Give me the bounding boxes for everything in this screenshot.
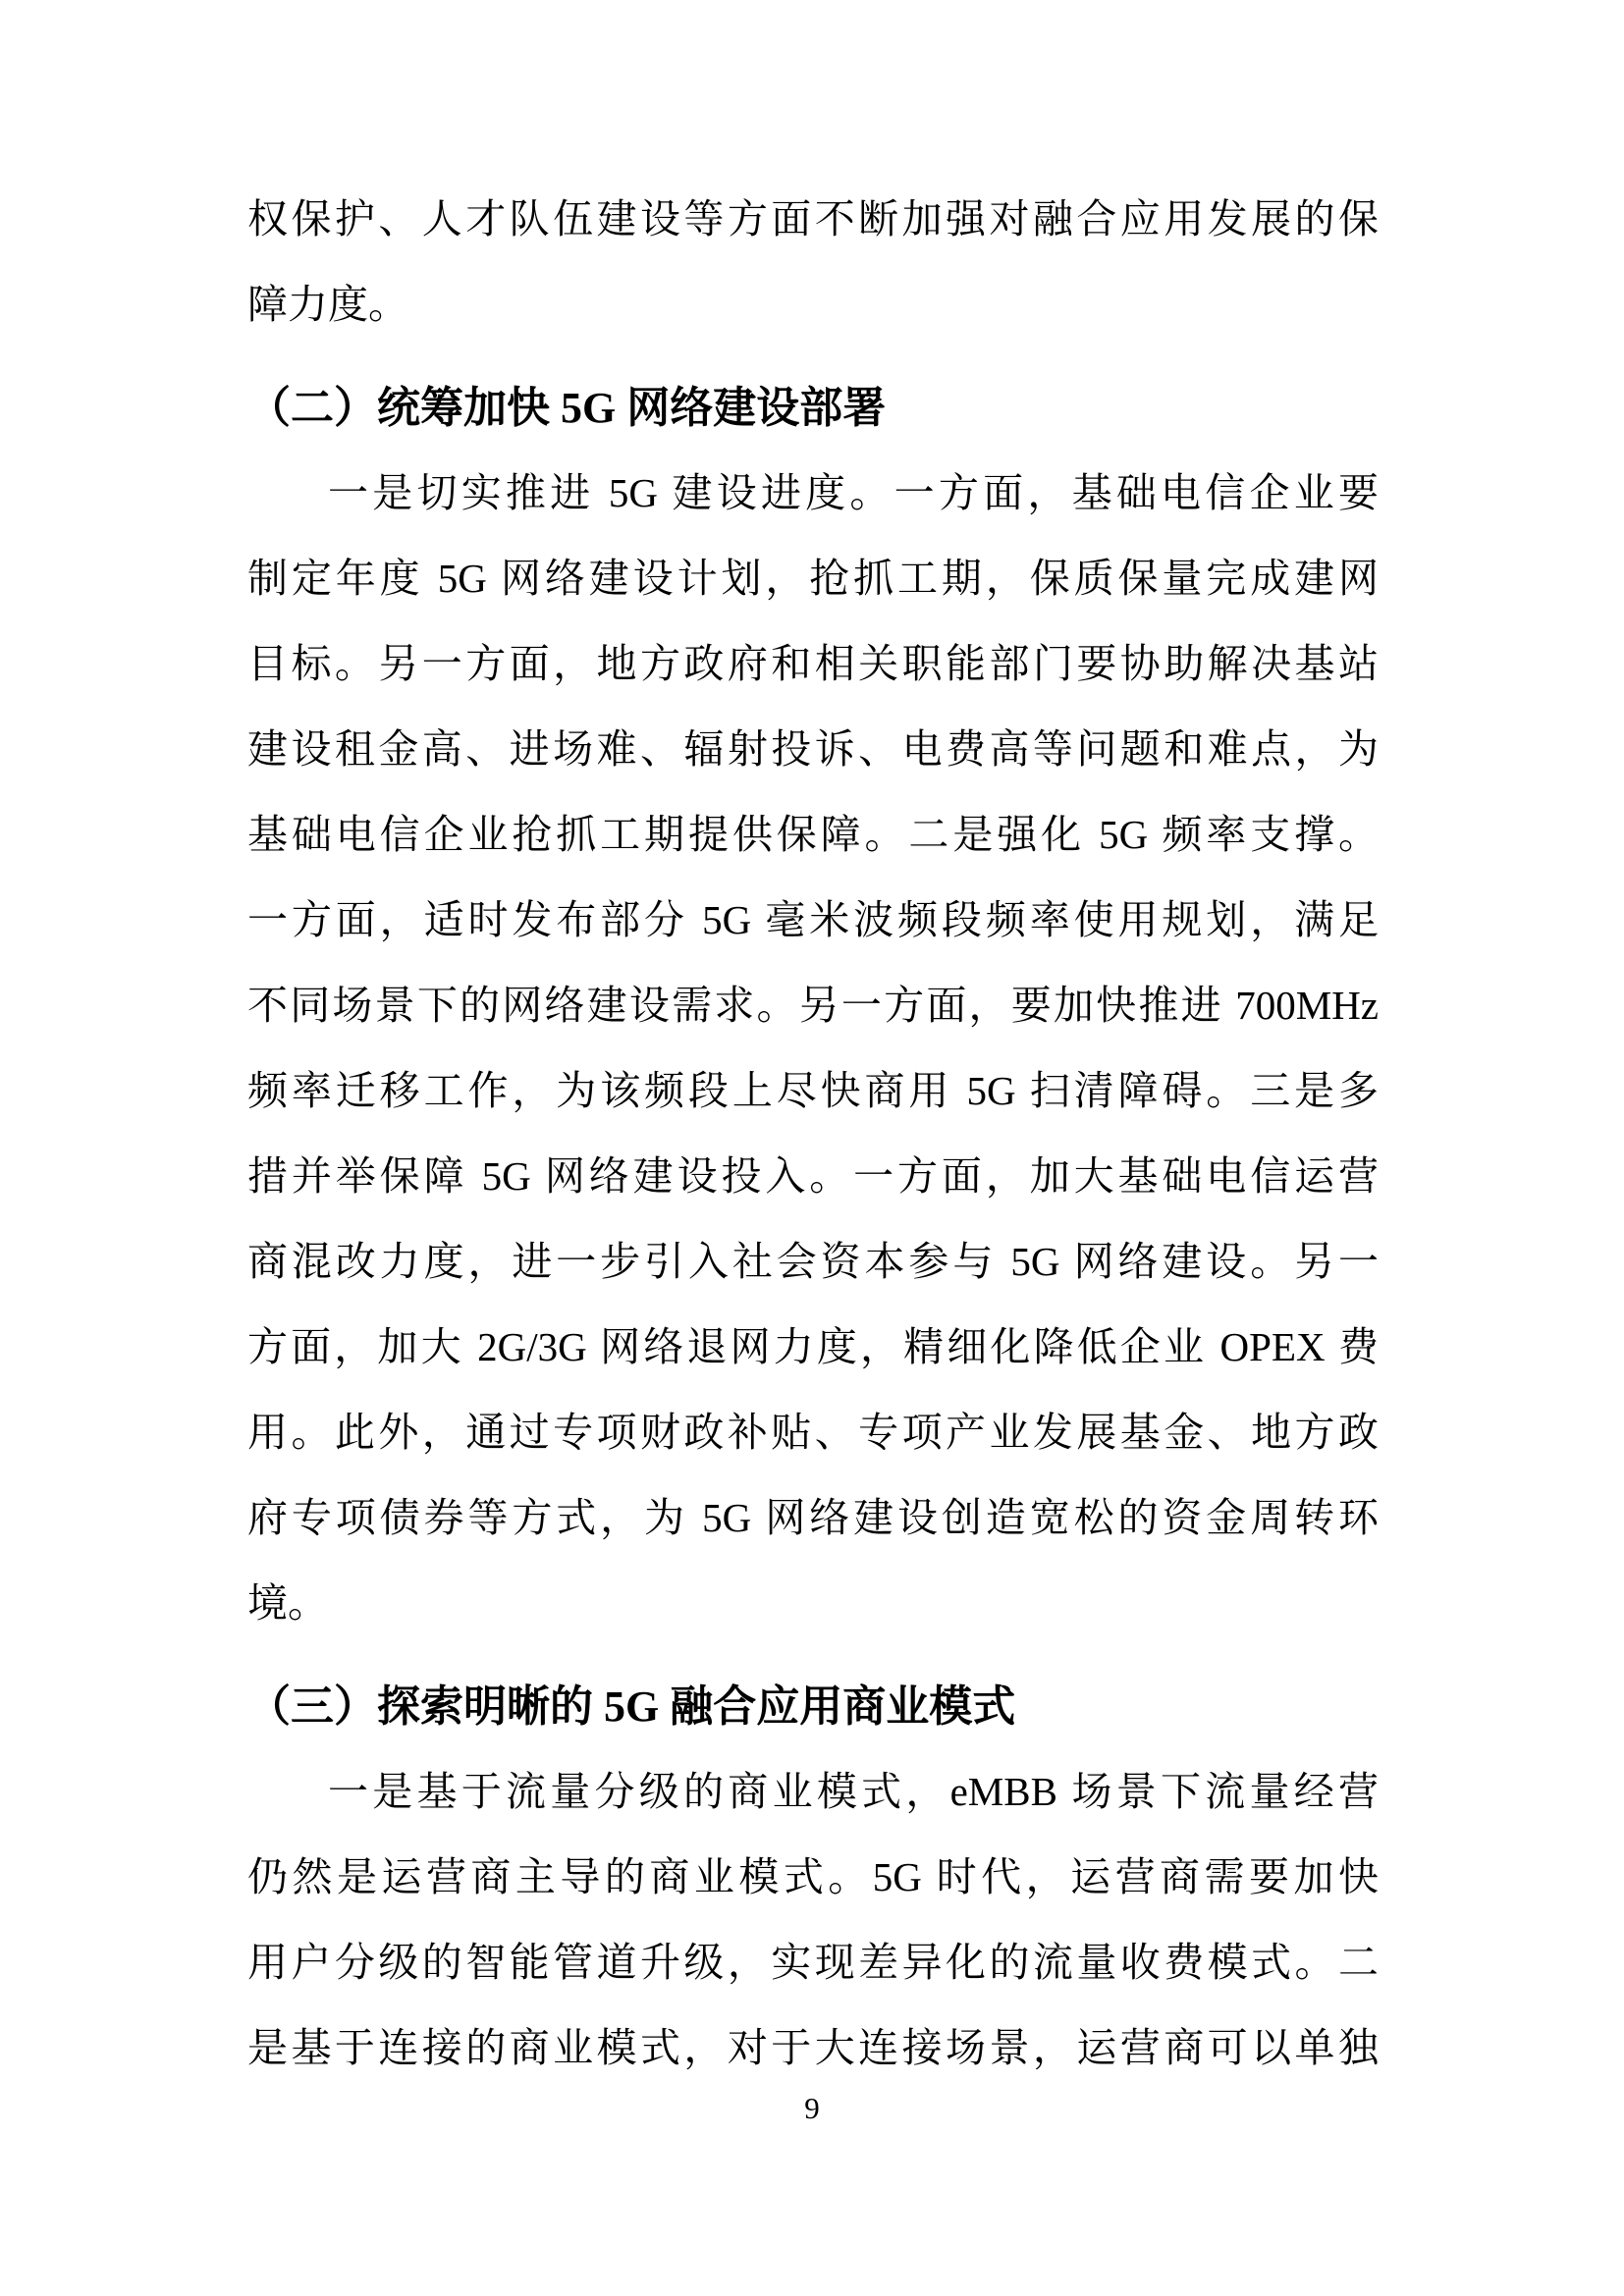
- text-line-paragraph-end: 境。: [247, 1561, 1379, 1646]
- text-line: 制定年度 5G 网络建设计划，抢抓工期，保质保量完成建网: [247, 536, 1379, 621]
- text-line-paragraph-end: 障力度。: [247, 262, 1379, 347]
- text-line: 建设租金高、进场难、辐射投诉、电费高等问题和难点，为: [247, 707, 1379, 792]
- section-heading-2: （二）统筹加快 5G 网络建设部署: [247, 365, 1379, 451]
- text-line: 是基于连接的商业模式，对于大连接场景，运营商可以单独: [247, 2005, 1379, 2091]
- page-number: 9: [0, 2089, 1624, 2128]
- text-line: 用户分级的智能管道升级，实现差异化的流量收费模式。二: [247, 1920, 1379, 2005]
- text-line: 权保护、人才队伍建设等方面不断加强对融合应用发展的保: [247, 177, 1379, 262]
- text-line: 一方面，适时发布部分 5G 毫米波频段频率使用规划，满足: [247, 878, 1379, 963]
- text-line-paragraph-start: 一是基于流量分级的商业模式，eMBB 场景下流量经营: [247, 1749, 1379, 1835]
- text-line: 措并举保障 5G 网络建设投入。一方面，加大基础电信运营: [247, 1134, 1379, 1219]
- text-line: 府专项债券等方式，为 5G 网络建设创造宽松的资金周转环: [247, 1475, 1379, 1561]
- text-line: 基础电信企业抢抓工期提供保障。二是强化 5G 频率支撑。: [247, 792, 1379, 878]
- section-heading-3: （三）探索明晰的 5G 融合应用商业模式: [247, 1664, 1379, 1749]
- text-line: 用。此外，通过专项财政补贴、专项产业发展基金、地方政: [247, 1390, 1379, 1475]
- text-line: 仍然是运营商主导的商业模式。5G 时代，运营商需要加快: [247, 1835, 1379, 1920]
- text-line: 方面，加大 2G/3G 网络退网力度，精细化降低企业 OPEX 费: [247, 1305, 1379, 1390]
- text-block: 权保护、人才队伍建设等方面不断加强对融合应用发展的保 障力度。 （二）统筹加快 …: [247, 177, 1379, 2091]
- text-line: 目标。另一方面，地方政府和相关职能部门要协助解决基站: [247, 621, 1379, 707]
- text-line: 频率迁移工作，为该频段上尽快商用 5G 扫清障碍。三是多: [247, 1048, 1379, 1134]
- text-line-paragraph-start: 一是切实推进 5G 建设进度。一方面，基础电信企业要: [247, 451, 1379, 536]
- text-line: 商混改力度，进一步引入社会资本参与 5G 网络建设。另一: [247, 1219, 1379, 1305]
- document-page: 权保护、人才队伍建设等方面不断加强对融合应用发展的保 障力度。 （二）统筹加快 …: [0, 0, 1624, 2296]
- text-line: 不同场景下的网络建设需求。另一方面，要加快推进 700MHz: [247, 963, 1379, 1048]
